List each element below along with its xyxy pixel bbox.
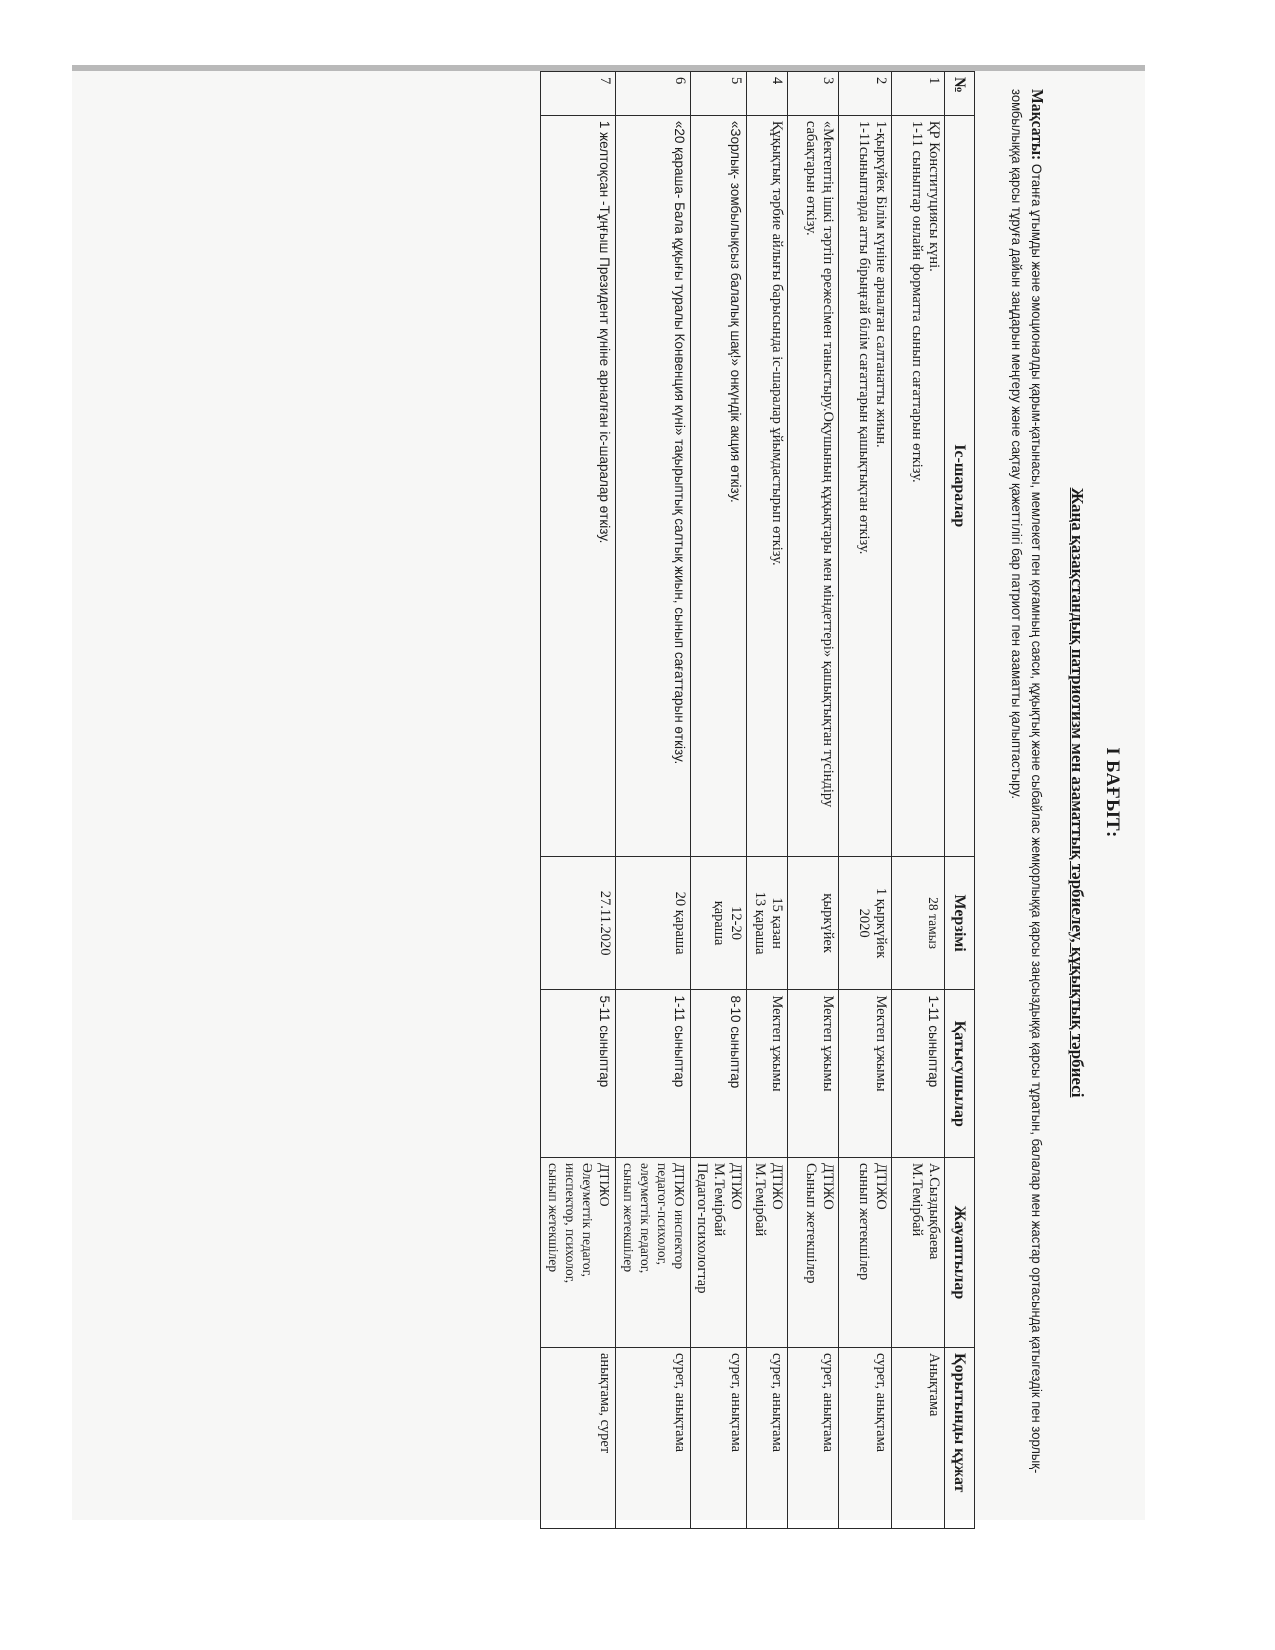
header-responsible: Жауаптылар: [945, 1157, 975, 1347]
cell-no: 3: [788, 72, 839, 116]
cell-participants: 8-10 сыныптар: [691, 990, 747, 1158]
table-row: 7 1 желтоқсан -Тұңғыш Президент күніне а…: [541, 72, 616, 1529]
cell-participants: Мектеп ұжымы: [747, 990, 788, 1158]
cell-responsible: ДТІЖО М.Темірбай Педагог-психологтар: [691, 1157, 747, 1347]
cell-event: 1 желтоқсан -Тұңғыш Президент күніне арн…: [541, 115, 616, 856]
cell-event: Құқықтық тәрбие айлығы барысында іс-шара…: [747, 115, 788, 856]
section-heading: І БАҒЫТ:: [1101, 65, 1123, 1520]
table-row: 2 1-қыркүйек Білім күніне арналған салта…: [839, 72, 892, 1529]
cell-participants: Мектеп ұжымы: [839, 990, 892, 1158]
table-header-row: № Іс-шаралар Мерзімі Қатысушылар Жауапты…: [945, 72, 975, 1529]
cell-no: 7: [541, 72, 616, 116]
cell-report: сурет, анықтама: [616, 1347, 691, 1528]
cell-no: 2: [839, 72, 892, 116]
header-no: №: [945, 72, 975, 116]
cell-responsible: ДТІЖО сынып жетекшілер: [839, 1157, 892, 1347]
goal-label: Мақсаты:: [1028, 89, 1047, 160]
cell-date: қыркүйек: [788, 856, 839, 990]
cell-responsible: А.Сыздықбаева М.Темірбай: [892, 1157, 945, 1347]
activity-plan-table: № Іс-шаралар Мерзімі Қатысушылар Жауапты…: [540, 71, 975, 1529]
section-subheading: Жаңа қазақстандық патриотизм мен азаматт…: [1067, 65, 1087, 1520]
cell-date: 1 қыркүйек 2020: [839, 856, 892, 990]
cell-participants: Мектеп ұжымы: [788, 990, 839, 1158]
header-date: Мерзімі: [945, 856, 975, 990]
cell-event: «Зорлық- зомбылықсыз балалық шақ!» онкүн…: [691, 115, 747, 856]
cell-date: 12-20 қараша: [691, 856, 747, 990]
cell-event: «Мектептің ішкі тәртіп ережесімен таныст…: [788, 115, 839, 856]
cell-date: 15 қазан 13 қараша: [747, 856, 788, 990]
cell-date: 20 қараша: [616, 856, 691, 990]
table-row: 5 «Зорлық- зомбылықсыз балалық шақ!» онк…: [691, 72, 747, 1529]
cell-report: сурет, анықтама: [839, 1347, 892, 1528]
goal-text: Отанға ұтымды және эмоционалды қарым-қат…: [1008, 89, 1044, 1473]
cell-no: 5: [691, 72, 747, 116]
cell-participants: 1-11 сыныптар: [892, 990, 945, 1158]
cell-responsible: ДТІЖО Әлеуметтік педагог, инспектор, пси…: [541, 1157, 616, 1347]
cell-event: «20 қараша- Бала құқығы туралы Конвенция…: [616, 115, 691, 856]
goal-paragraph: Мақсаты: Отанға ұтымды және эмоционалды …: [1006, 89, 1047, 1494]
cell-no: 1: [892, 72, 945, 116]
table-row: 1 ҚР Конституциясы күні. 1-11 сыныптар о…: [892, 72, 945, 1529]
table-row: 4 Құқықтық тәрбие айлығы барысында іс-ша…: [747, 72, 788, 1529]
table-row: 3 «Мектептің ішкі тәртіп ережесімен таны…: [788, 72, 839, 1529]
cell-no: 6: [616, 72, 691, 116]
header-report: Қорытынды құжат: [945, 1347, 975, 1528]
cell-responsible: ДТІЖО М.Темірбай: [747, 1157, 788, 1347]
cell-report: сурет, анықтама: [691, 1347, 747, 1528]
cell-report: сурет, анықтама: [747, 1347, 788, 1528]
cell-event: 1-қыркүйек Білім күніне арналған салтана…: [839, 115, 892, 856]
cell-report: сурет, анықтама: [788, 1347, 839, 1528]
cell-date: 28 тамыз: [892, 856, 945, 990]
cell-participants: 1-11 сыныптар: [616, 990, 691, 1158]
cell-date: 27.11.2020: [541, 856, 616, 990]
header-event: Іс-шаралар: [945, 115, 975, 856]
cell-responsible: ДТІЖО инспектор педагог-психолог, әлеуме…: [616, 1157, 691, 1347]
cell-no: 4: [747, 72, 788, 116]
cell-responsible: ДТІЖО Сынып жетекшілер: [788, 1157, 839, 1347]
table-row: 6 «20 қараша- Бала құқығы туралы Конвенц…: [616, 72, 691, 1529]
rotated-document: І БАҒЫТ: Жаңа қазақстандық патриотизм ме…: [72, 65, 1145, 1520]
header-participants: Қатысушылар: [945, 990, 975, 1158]
cell-event: ҚР Конституциясы күні. 1-11 сыныптар онл…: [892, 115, 945, 856]
cell-participants: 5-11 сыныптар: [541, 990, 616, 1158]
cell-report: Анықтама: [892, 1347, 945, 1528]
cell-report: анықтама, сурет: [541, 1347, 616, 1528]
